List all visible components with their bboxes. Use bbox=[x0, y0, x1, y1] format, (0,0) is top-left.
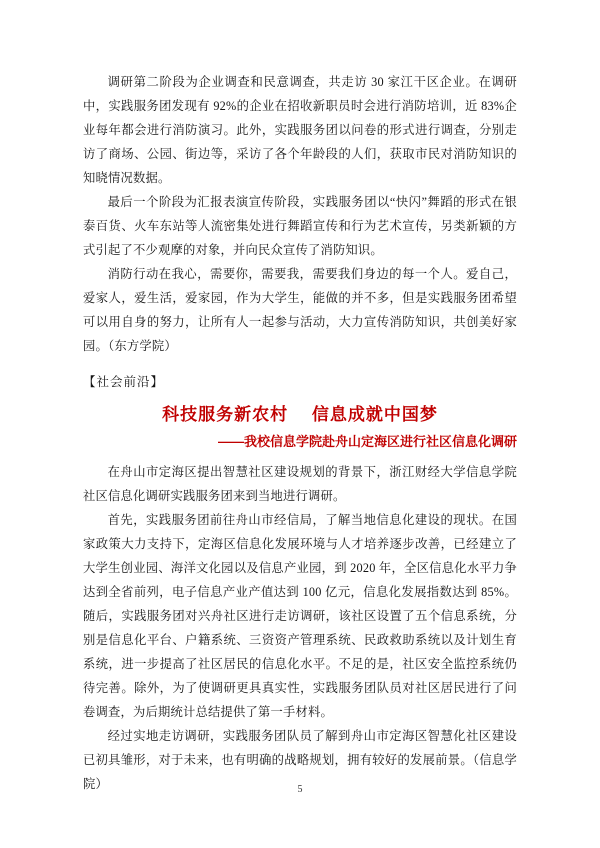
document-page: 调研第二阶段为企业调查和民意调查，共走访 30 家江干区企业。在调研中，实践服务… bbox=[0, 0, 600, 848]
paragraph: 在舟山市定海区提出智慧社区建设规划的背景下，浙江财经大学信息学院社区信息化调研实… bbox=[83, 460, 517, 508]
section-tag: 【社会前沿】 bbox=[83, 370, 517, 394]
article-title: 科技服务新农村 信息成就中国梦 bbox=[83, 402, 517, 428]
paragraph: 最后一个阶段为汇报表演宣传阶段，实践服务团以“快闪”舞蹈的形式在银泰百货、火车东… bbox=[83, 190, 517, 262]
page-number: 5 bbox=[0, 784, 600, 796]
article-subtitle: ——我校信息学院赴舟山定海区进行社区信息化调研 bbox=[83, 432, 517, 452]
article-body: 在舟山市定海区提出智慧社区建设规划的背景下，浙江财经大学信息学院社区信息化调研实… bbox=[83, 460, 517, 796]
paragraph: 消防行动在我心，需要你，需要我，需要我们身边的每一个人。爱自己，爱家人，爱生活，… bbox=[83, 262, 517, 358]
paragraph: 调研第二阶段为企业调查和民意调查，共走访 30 家江干区企业。在调研中，实践服务… bbox=[83, 70, 517, 190]
page-content: 调研第二阶段为企业调查和民意调查，共走访 30 家江干区企业。在调研中，实践服务… bbox=[83, 70, 517, 796]
paragraph: 首先，实践服务团前往舟山市经信局，了解当地信息化建设的现状。在国家政策大力支持下… bbox=[83, 508, 517, 724]
